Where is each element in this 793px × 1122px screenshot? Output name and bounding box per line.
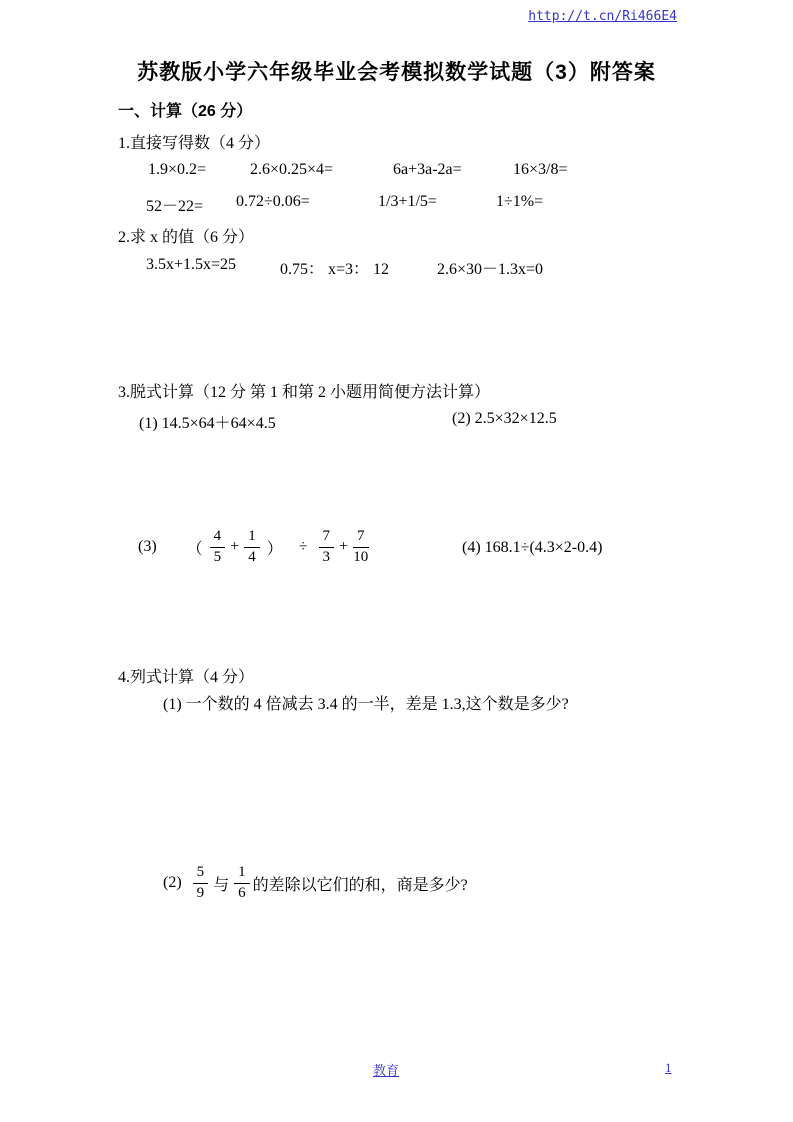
conjunction-text: 与 (213, 872, 229, 895)
q3-item-3: (3) （ 4 5 + 1 4 ） ÷ 7 3 + 7 10 (138, 524, 372, 570)
q4-item-1: (1) 一个数的 4 倍减去 3.4 的一半，差是 1.3,这个数是多少? (163, 691, 569, 714)
fraction-denominator: 6 (238, 884, 246, 902)
q1-expression-1: 1.9×0.2= (148, 161, 206, 179)
fraction-denominator: 10 (353, 548, 368, 566)
fraction-7-3: 7 3 (319, 528, 335, 566)
fraction-numerator: 7 (319, 528, 335, 547)
q3-item-1: (1) 14.5×64＋64×4.5 (139, 410, 276, 433)
q1-expression-6: 0.72÷0.06= (236, 193, 310, 211)
q2-equation-2: 0.75： x=3： 12 (280, 256, 389, 279)
q4-item-2-label: (2) (163, 874, 182, 892)
fraction-1-4: 1 4 (244, 528, 260, 566)
close-paren: ） (267, 536, 283, 559)
q3-item-4: (4) 168.1÷(4.3×2-0.4) (462, 539, 602, 557)
fraction-denominator: 4 (248, 548, 256, 566)
divide-operator: ÷ (299, 538, 308, 556)
section-1-heading: 一、计算（26 分） (118, 98, 252, 121)
q3-item-2: (2) 2.5×32×12.5 (452, 410, 557, 428)
open-paren: （ (187, 536, 203, 559)
fraction-denominator: 5 (214, 548, 222, 566)
fraction-numerator: 4 (210, 528, 226, 547)
q1-expression-5: 52－22= (146, 193, 203, 216)
plus-operator: + (230, 538, 239, 556)
q3-heading: 3.脱式计算（12 分 第 1 和第 2 小题用简便方法计算） (118, 379, 490, 402)
q4-item-2: (2) 5 9 与 1 6 的差除以它们的和，商是多少? (163, 861, 468, 905)
q4-heading: 4.列式计算（4 分） (118, 664, 254, 687)
fraction-numerator: 7 (353, 528, 369, 547)
q4-item-2-question-text: 的差除以它们的和，商是多少? (253, 872, 468, 895)
plus-operator: + (339, 538, 348, 556)
q2-heading: 2.求 x 的值（6 分） (118, 224, 254, 247)
q3-item-3-label: (3) (138, 538, 157, 556)
fraction-5-9: 5 9 (193, 864, 209, 902)
fraction-denominator: 3 (323, 548, 331, 566)
footer-site-link[interactable]: 教育 (373, 1060, 399, 1079)
q1-expression-3: 6a+3a-2a= (393, 161, 462, 179)
fraction-7-10: 7 10 (353, 528, 369, 566)
q1-expression-2: 2.6×0.25×4= (250, 161, 333, 179)
header-url-link[interactable]: http://t.cn/Ri466E4 (528, 9, 677, 24)
q2-equation-1: 3.5x+1.5x=25 (146, 256, 236, 274)
q1-expression-7: 1/3+1/5= (378, 193, 437, 211)
page-title: 苏教版小学六年级毕业会考模拟数学试题（3）附答案 (0, 56, 793, 86)
document-page: http://t.cn/Ri466E4 苏教版小学六年级毕业会考模拟数学试题（3… (0, 0, 793, 1122)
fraction-1-6: 1 6 (234, 864, 250, 902)
q1-heading: 1.直接写得数（4 分） (118, 130, 270, 153)
fraction-4-5: 4 5 (210, 528, 226, 566)
fraction-denominator: 9 (197, 884, 205, 902)
fraction-numerator: 1 (234, 864, 250, 883)
q1-expression-8: 1÷1%= (496, 193, 543, 211)
fraction-numerator: 1 (244, 528, 260, 547)
fraction-numerator: 5 (193, 864, 209, 883)
q2-equation-3: 2.6×30－1.3x=0 (437, 256, 543, 279)
q1-expression-4: 16×3/8= (513, 161, 568, 179)
footer-page-number-link[interactable]: 1 (665, 1060, 672, 1076)
